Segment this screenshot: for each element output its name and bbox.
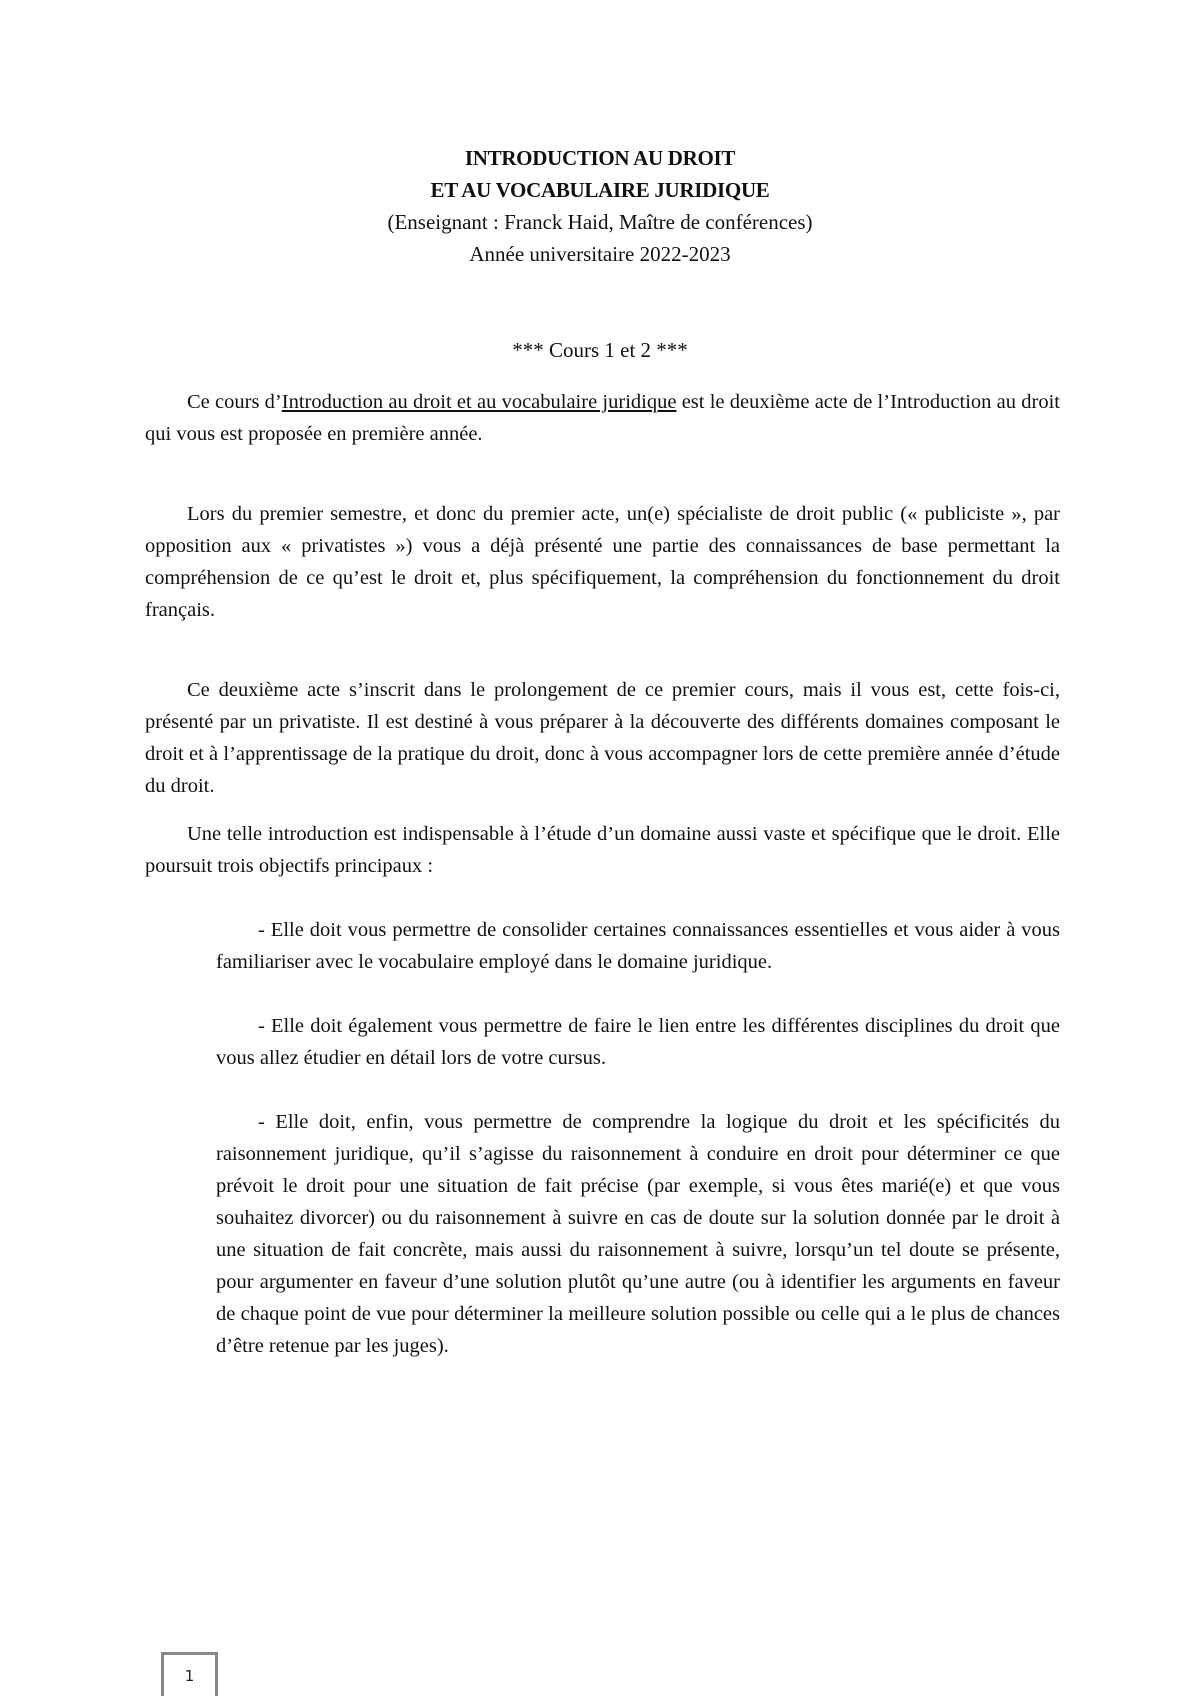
section-heading: *** Cours 1 et 2 *** — [0, 338, 1200, 363]
teacher-line: (Enseignant : Franck Haid, Maître de con… — [0, 210, 1200, 235]
document-title-line1: INTRODUCTION AU DROIT — [0, 146, 1200, 171]
paragraph-3: Ce deuxième acte s’inscrit dans le prolo… — [145, 674, 1060, 802]
page-number-box: 1 — [161, 1652, 218, 1696]
paragraph-1-prefix: Ce cours d’ — [187, 391, 282, 413]
paragraph-1: Ce cours d’Introduction au droit et au v… — [145, 386, 1060, 450]
document-page: INTRODUCTION AU DROIT ET AU VOCABULAIRE … — [0, 0, 1200, 1698]
objective-item-3: - Elle doit, enfin, vous permettre de co… — [216, 1106, 1060, 1362]
paragraph-2: Lors du premier semestre, et donc du pre… — [145, 498, 1060, 626]
academic-year: Année universitaire 2022-2023 — [0, 242, 1200, 267]
paragraph-4: Une telle introduction est indispensable… — [145, 818, 1060, 882]
objective-item-2: - Elle doit également vous permettre de … — [216, 1010, 1060, 1074]
course-title-underlined: Introduction au droit et au vocabulaire … — [282, 391, 677, 413]
objective-item-1: - Elle doit vous permettre de consolider… — [216, 914, 1060, 978]
document-title-line2: ET AU VOCABULAIRE JURIDIQUE — [0, 178, 1200, 203]
page-number: 1 — [185, 1667, 195, 1685]
